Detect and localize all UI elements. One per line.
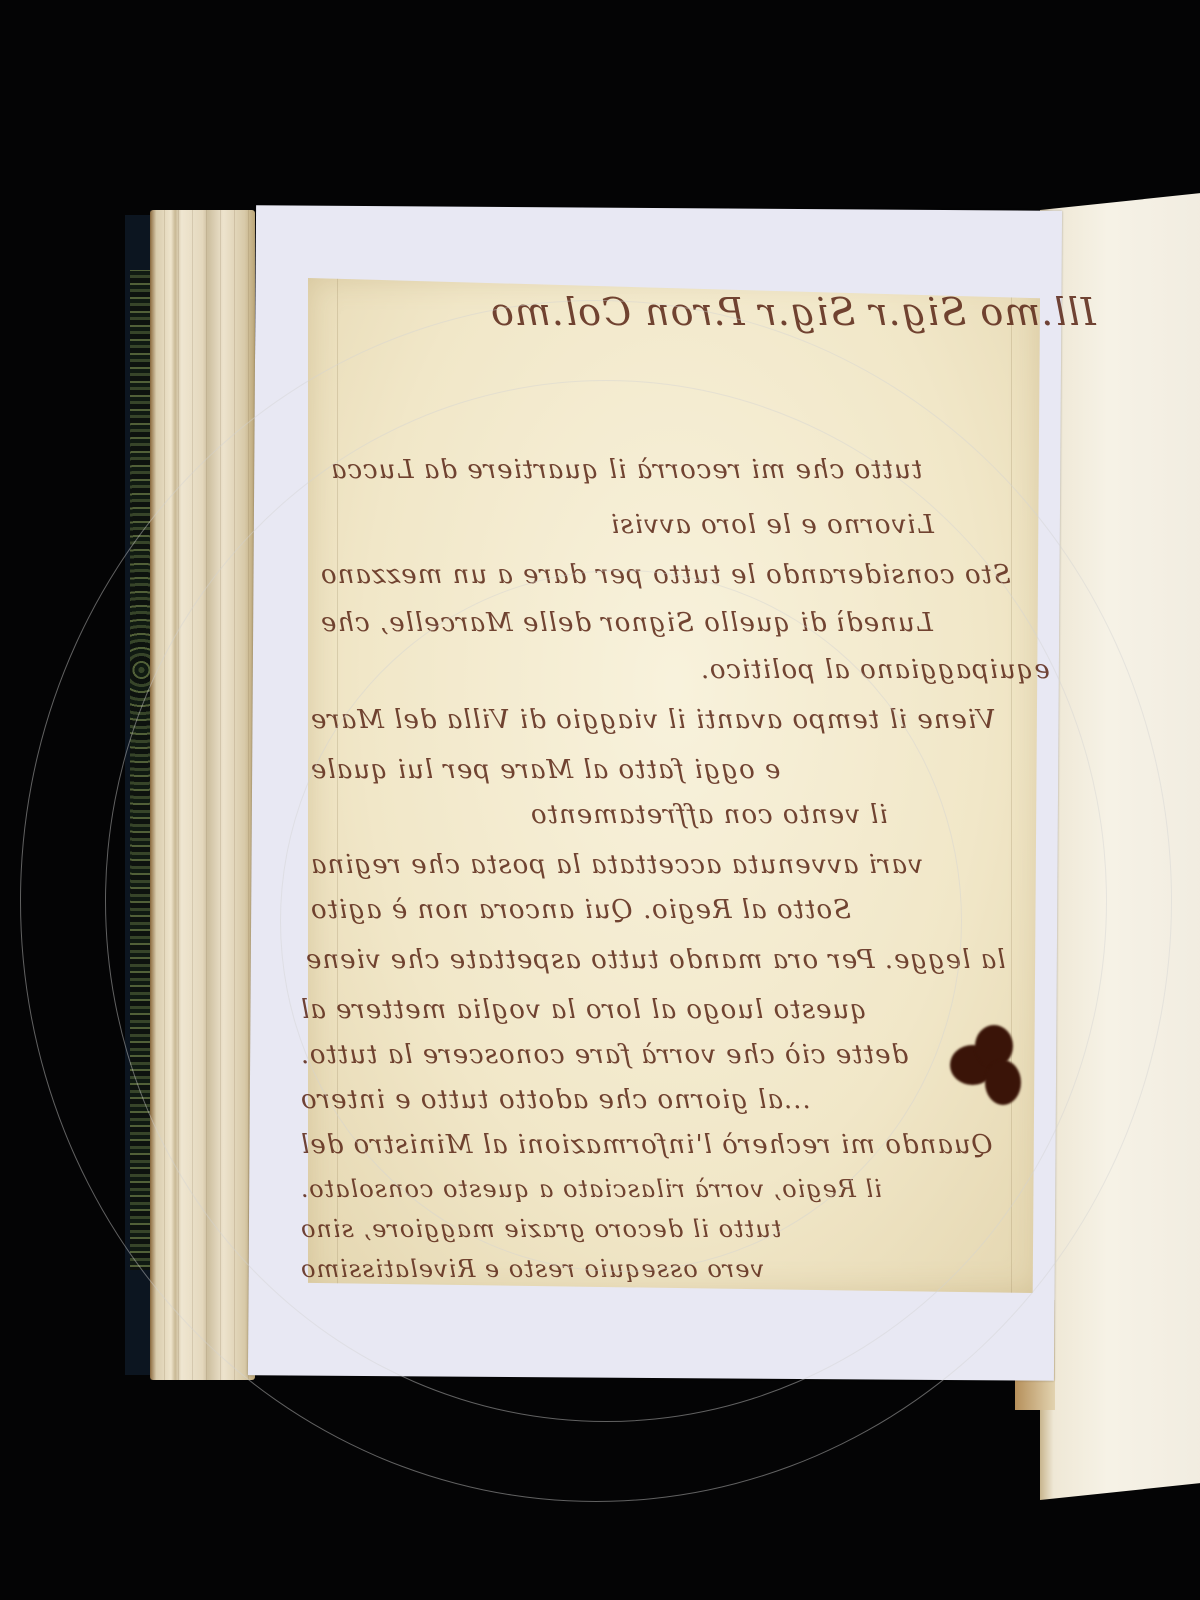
letter-line: vero ossequio resto e Rivelatissimo bbox=[300, 1255, 764, 1283]
letter-salutation: Ill.mo Sig.r Sig.r P.ron Col.mo bbox=[490, 290, 1096, 334]
letter-line: tutto il decoro grazie maggiore, sino bbox=[300, 1215, 782, 1243]
letter-line: il Regio, vorrà rilasciato a questo cons… bbox=[300, 1175, 882, 1203]
letter-line: Lunedì di quello Signor delle Marcelle, … bbox=[320, 608, 933, 638]
letter-line: vari avvenuta accettata la posta che reg… bbox=[310, 850, 923, 880]
letter-line: Viene il tempo avanti il viaggio di Vill… bbox=[310, 705, 996, 735]
facing-page-right bbox=[1040, 192, 1200, 1500]
page-stack-left bbox=[150, 210, 255, 1380]
letter-line: ...al giorno che adotto tutto e intero bbox=[300, 1085, 811, 1115]
letter-line: Sto considerando le tutto per dare a un … bbox=[320, 560, 1011, 590]
letter-line: equipaggiano al politico. bbox=[700, 655, 1050, 685]
letter-line: dette ciò che vorrà fare conoscere la tu… bbox=[300, 1040, 908, 1070]
letter-line: il vento con affretamento bbox=[530, 800, 888, 830]
letter-line: Sotto al Regio. Qui ancora non è agito bbox=[310, 895, 851, 925]
letter-line: Livorno e le loro avvisi bbox=[610, 510, 934, 540]
ink-stain bbox=[950, 1025, 1030, 1110]
photo-scene: Ill.mo Sig.r Sig.r P.ron Col.mo tutto ch… bbox=[0, 0, 1200, 1600]
letter-line: questo luogo al loro la voglia mettere a… bbox=[300, 995, 867, 1025]
letter-line: tutto che mi recorrà il quartiere da Luc… bbox=[330, 455, 922, 485]
letter-line: e oggi fatto al Mare per lui quale bbox=[310, 755, 780, 785]
letter-line: la legge. Per ora mando tutto aspettate … bbox=[305, 945, 1006, 975]
